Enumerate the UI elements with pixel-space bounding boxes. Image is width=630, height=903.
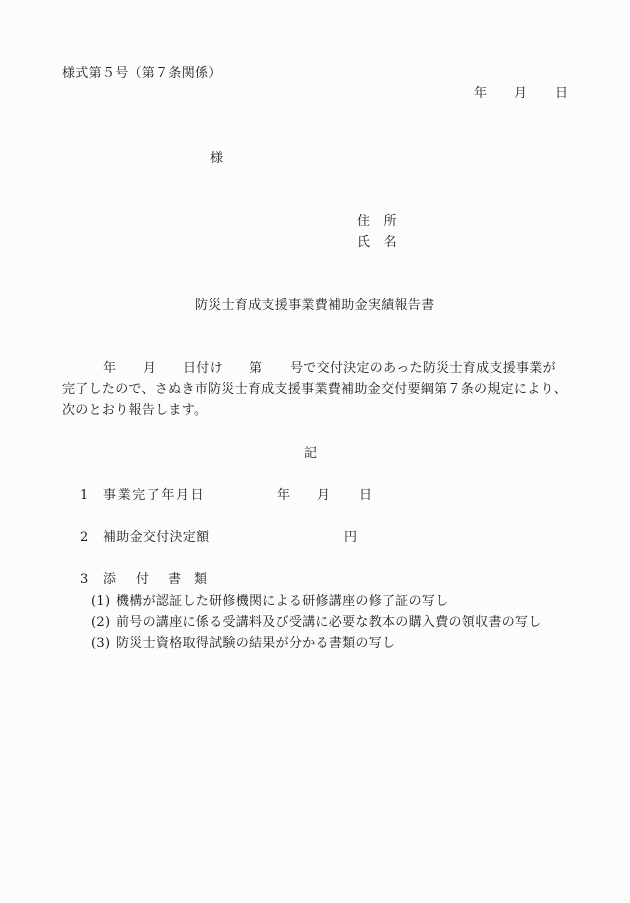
item-label-char: 添 [103, 573, 116, 586]
body-month-label: 月 [143, 362, 156, 375]
item-day-label: 日 [359, 489, 372, 502]
item-number: 3 [80, 573, 89, 586]
name-label: 氏 名 [357, 236, 397, 249]
body-year-label: 年 [103, 362, 116, 375]
address-label: 住 所 [357, 215, 397, 228]
body-day-label: 日付け [183, 362, 223, 375]
subitem-text: 防災士資格取得試験の結果が分かる書類の写し [116, 637, 395, 650]
date-month-label: 月 [514, 87, 527, 100]
item-month-label: 月 [317, 489, 330, 502]
subitem-number: (3) [91, 637, 110, 650]
item-label: 事業完了年月日 [103, 489, 205, 502]
item-label-char: 類 [194, 573, 207, 586]
item-number: 1 [80, 489, 89, 502]
item-year-label: 年 [277, 489, 290, 502]
date-day-label: 日 [555, 87, 568, 100]
subitem-number: (1) [91, 595, 110, 608]
body-line2: 完了したので、さぬき市防災士育成支援事業費補助金交付要綱第７条の規定により、 [62, 383, 567, 396]
form-number: 様式第５号（第７条関係） [62, 67, 222, 80]
subitem-number: (2) [91, 616, 110, 629]
item-number: 2 [80, 531, 89, 544]
ki-heading: 記 [304, 447, 317, 460]
item-unit-label: 円 [344, 531, 357, 544]
addressee-suffix: 様 [210, 152, 223, 165]
item-label-char: 付 [136, 573, 149, 586]
body-line1-rest: 号で交付決定のあった防災士育成支援事業が [290, 362, 556, 375]
body-number-label: 第 [249, 362, 262, 375]
document-title: 防災士育成支援事業費補助金実績報告書 [195, 299, 434, 312]
item-label-char: 書 [168, 573, 181, 586]
body-line3: 次のとおり報告します。 [62, 404, 207, 417]
subitem-text: 前号の講座に係る受講料及び受講に必要な教本の購入費の領収書の写し [116, 616, 542, 629]
date-year-label: 年 [474, 87, 487, 100]
item-label: 補助金交付決定額 [103, 531, 209, 544]
subitem-text: 機構が認証した研修機関による研修講座の修了証の写し [116, 595, 449, 608]
